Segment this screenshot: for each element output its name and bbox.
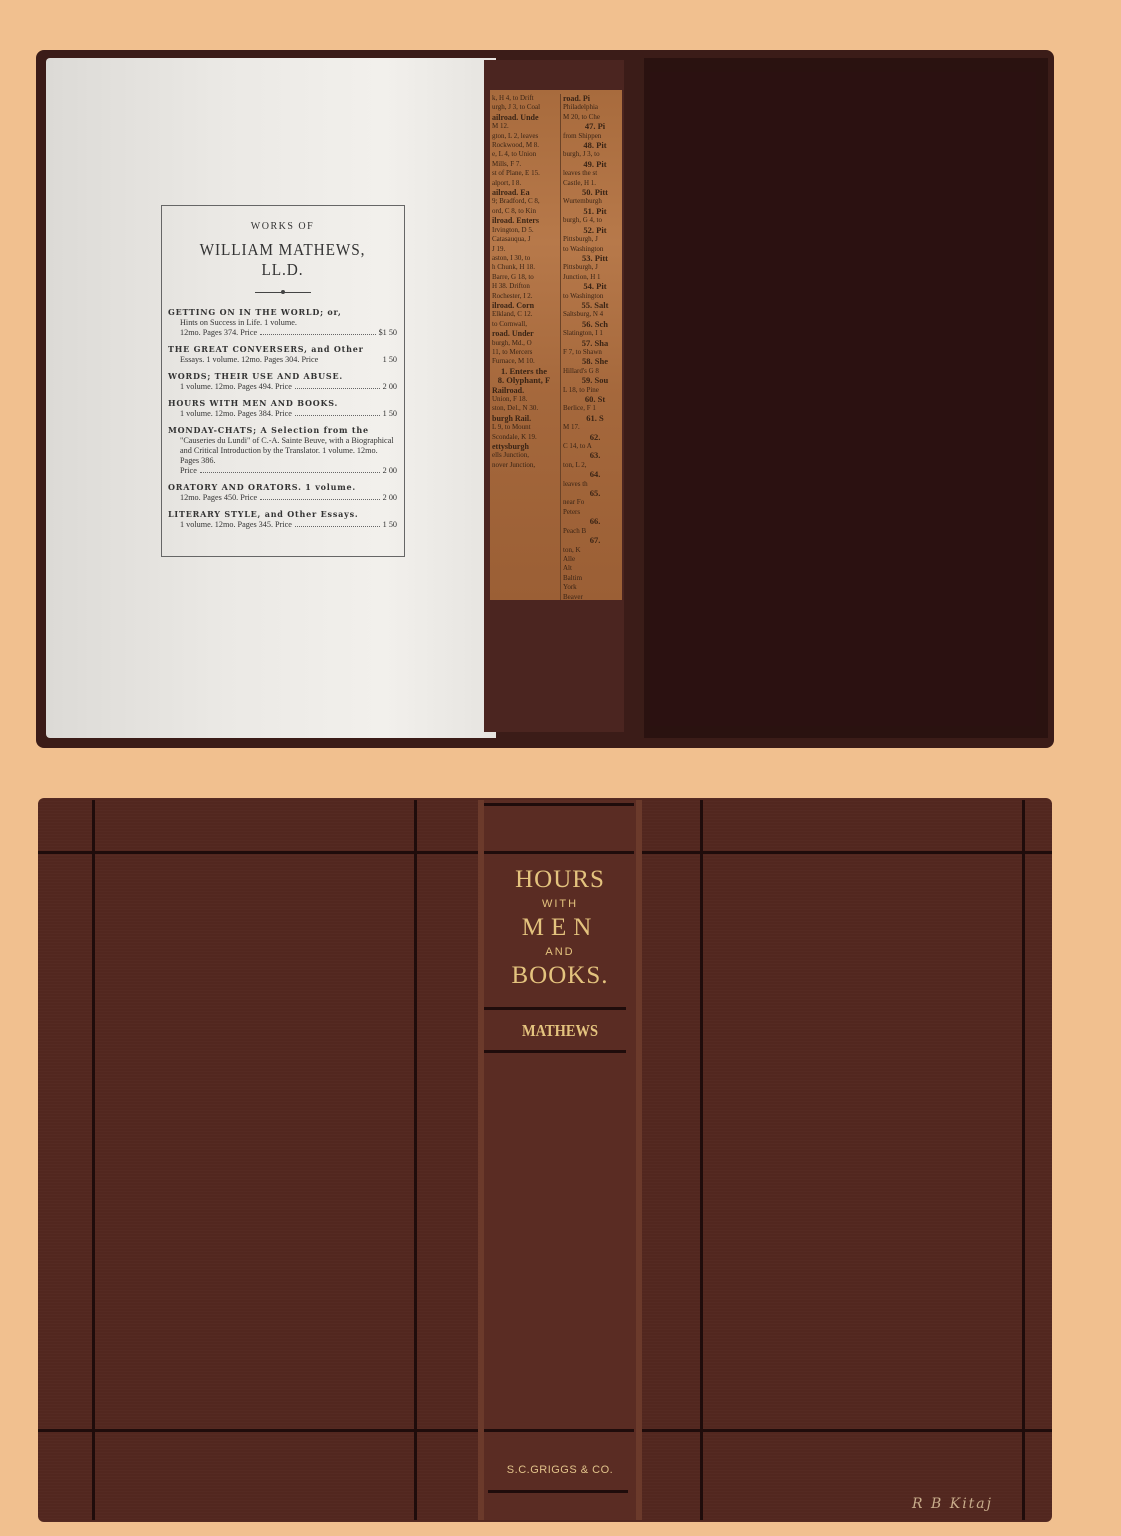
- artist-signature: R B Kitaj: [912, 1496, 993, 1512]
- newsprint-line: J 19.: [492, 245, 556, 254]
- price: 1 50: [383, 355, 397, 365]
- newsprint-line: 47. Pi: [563, 122, 622, 131]
- blind-rule-bottom: [38, 1429, 478, 1432]
- newsprint-line: ells Junction,: [492, 451, 556, 460]
- ornament-rule-icon: [255, 292, 311, 293]
- newsprint-right-column: road. PiPhiladelphiaM 20, to Che47. Pifr…: [560, 94, 622, 600]
- newsprint-line: to Cornwall,: [492, 320, 556, 329]
- newsprint-line: Railroad.: [492, 386, 556, 395]
- newsprint-line: ettysburgh: [492, 442, 556, 451]
- price: 2 00: [383, 382, 397, 392]
- newsprint-line: road. Under: [492, 329, 556, 338]
- newsprint-line: aston, I 30, to: [492, 254, 556, 263]
- newsprint-line: Catasauqua, J: [492, 235, 556, 244]
- newsprint-line: 57. Sha: [563, 339, 622, 348]
- newsprint-line: Alle: [563, 555, 622, 564]
- blind-rule-vertical: [92, 800, 95, 1520]
- ad-heading-large: WILLIAM MATHEWS, LL.D.: [179, 240, 385, 280]
- newsprint-line: Irvington, D 5.: [492, 226, 556, 235]
- newsprint-line: 60. St: [563, 395, 622, 404]
- newsprint-line: 63.: [563, 451, 622, 460]
- newsprint-line: M 12.: [492, 122, 556, 131]
- newsprint-line: L 9, to Mount: [492, 423, 556, 432]
- newsprint-line: 11, to Mercers: [492, 348, 556, 357]
- blind-rule-vertical: [1022, 800, 1025, 1520]
- back-board-inside: [640, 58, 1048, 738]
- ad-entry: GETTING ON IN THE WORLD; or, Hints on Su…: [168, 307, 397, 338]
- newsprint-line: 8. Olyphant, F: [492, 376, 556, 385]
- newsprint-line: Baltim: [563, 574, 622, 583]
- newsprint-line: e, L 4, to Union: [492, 150, 556, 159]
- newsprint-line: near Fo: [563, 498, 622, 507]
- blind-rule-top: [38, 851, 478, 854]
- price: 2 00: [383, 466, 397, 476]
- newsprint-spine-lining: k, H 4, to Drifturgh, J 3, to Coalailroa…: [490, 90, 622, 600]
- newsprint-line: 67.: [563, 536, 622, 545]
- price: $1 50: [379, 328, 397, 338]
- newsprint-line: 61. S: [563, 414, 622, 423]
- newsprint-line: Beaver: [563, 593, 622, 600]
- newsprint-line: urgh, J 3, to Coal: [492, 103, 556, 112]
- newsprint-line: Rochester, I 2.: [492, 292, 556, 301]
- newsprint-line: k, H 4, to Drift: [492, 94, 556, 103]
- newsprint-line: 66.: [563, 517, 622, 526]
- newsprint-line: Alt: [563, 564, 622, 573]
- newsprint-line: ailroad. Ea: [492, 188, 556, 197]
- ad-entry: MONDAY-CHATS; A Selection from the "Caus…: [168, 425, 397, 476]
- newsprint-line: 53. Pitt: [563, 254, 622, 263]
- newsprint-line: 48. Pit: [563, 141, 622, 150]
- blind-rule-vertical: [414, 800, 417, 1520]
- newsprint-line: 65.: [563, 489, 622, 498]
- newsprint-line: 59. Sou: [563, 376, 622, 385]
- spine-author: MATHEWS: [490, 1021, 629, 1041]
- blind-rule-top: [642, 851, 1052, 854]
- newsprint-line: ilroad. Enters: [492, 216, 556, 225]
- newsprint-line: 62.: [563, 433, 622, 442]
- newsprint-line: 56. Sch: [563, 320, 622, 329]
- newsprint-line: Elkland, C 12.: [492, 310, 556, 319]
- ad-heading-small: WORKS OF: [168, 221, 397, 232]
- newsprint-line: Pittsburgh, J: [563, 235, 622, 244]
- newsprint-line: st of Plane, E 15.: [492, 169, 556, 178]
- price: 2 00: [383, 493, 397, 503]
- newsprint-line: ord, C 8, to Kin: [492, 207, 556, 216]
- newsprint-line: ton, K: [563, 546, 622, 555]
- ad-entry: WORDS; THEIR USE AND ABUSE. 1 volume. 12…: [168, 371, 397, 392]
- newsprint-line: Pittsburgh, J: [563, 263, 622, 272]
- newsprint-line: ilroad. Corn: [492, 301, 556, 310]
- newsprint-line: 58. She: [563, 357, 622, 366]
- price: 1 50: [383, 409, 397, 419]
- spine-publisher: S.C.GRIGGS & CO.: [478, 1464, 642, 1476]
- ad-entry: THE GREAT CONVERSERS, and Other Essays. …: [168, 344, 397, 365]
- newsprint-line: gton, L 2, leaves: [492, 132, 556, 141]
- blind-rule-bottom: [642, 1429, 1052, 1432]
- newsprint-line: road. Pi: [563, 94, 622, 103]
- ad-entry: LITERARY STYLE, and Other Essays. 1 volu…: [168, 509, 397, 530]
- newsprint-line: 54. Pit: [563, 282, 622, 291]
- newsprint-line: 49. Pit: [563, 160, 622, 169]
- ad-entry: HOURS WITH MEN AND BOOKS. 1 volume. 12mo…: [168, 398, 397, 419]
- newsprint-line: Philadelphia: [563, 103, 622, 112]
- newsprint-line: Scondale, K 19.: [492, 433, 556, 442]
- newsprint-line: nover Junction,: [492, 461, 556, 470]
- spine-title: HOURS WITH MEN AND BOOKS.: [478, 866, 642, 990]
- newsprint-line: Mills, F 7.: [492, 160, 556, 169]
- newsprint-left-column: k, H 4, to Drifturgh, J 3, to Coalailroa…: [492, 94, 556, 470]
- price: 1 50: [383, 520, 397, 530]
- newsprint-line: burgh, Md., O: [492, 339, 556, 348]
- newsprint-line: leaves the st: [563, 169, 622, 178]
- newsprint-line: ston, Del., N 30.: [492, 404, 556, 413]
- publisher-advertisement: WORKS OF WILLIAM MATHEWS, LL.D. GETTING …: [161, 205, 405, 557]
- newsprint-line: 50. Pitt: [563, 188, 622, 197]
- newsprint-line: Union, F 18.: [492, 395, 556, 404]
- blind-rule-vertical: [700, 800, 703, 1520]
- newsprint-line: Rockwood, M 8.: [492, 141, 556, 150]
- newsprint-line: H 38. Drifton: [492, 282, 556, 291]
- ad-entry: ORATORY AND ORATORS. 1 volume. 12mo. Pag…: [168, 482, 397, 503]
- newsprint-line: h Chunk, H 18.: [492, 263, 556, 272]
- newsprint-line: 52. Pit: [563, 226, 622, 235]
- newsprint-line: York: [563, 583, 622, 592]
- newsprint-line: burgh Rail.: [492, 414, 556, 423]
- newsprint-line: 51. Pit: [563, 207, 622, 216]
- newsprint-line: ailroad. Unde: [492, 113, 556, 122]
- newsprint-line: Barre, G 18, to: [492, 273, 556, 282]
- newsprint-line: alport, I 8.: [492, 179, 556, 188]
- newsprint-line: 9; Bradford, C 8,: [492, 197, 556, 206]
- newsprint-line: 55. Salt: [563, 301, 622, 310]
- newsprint-line: 64.: [563, 470, 622, 479]
